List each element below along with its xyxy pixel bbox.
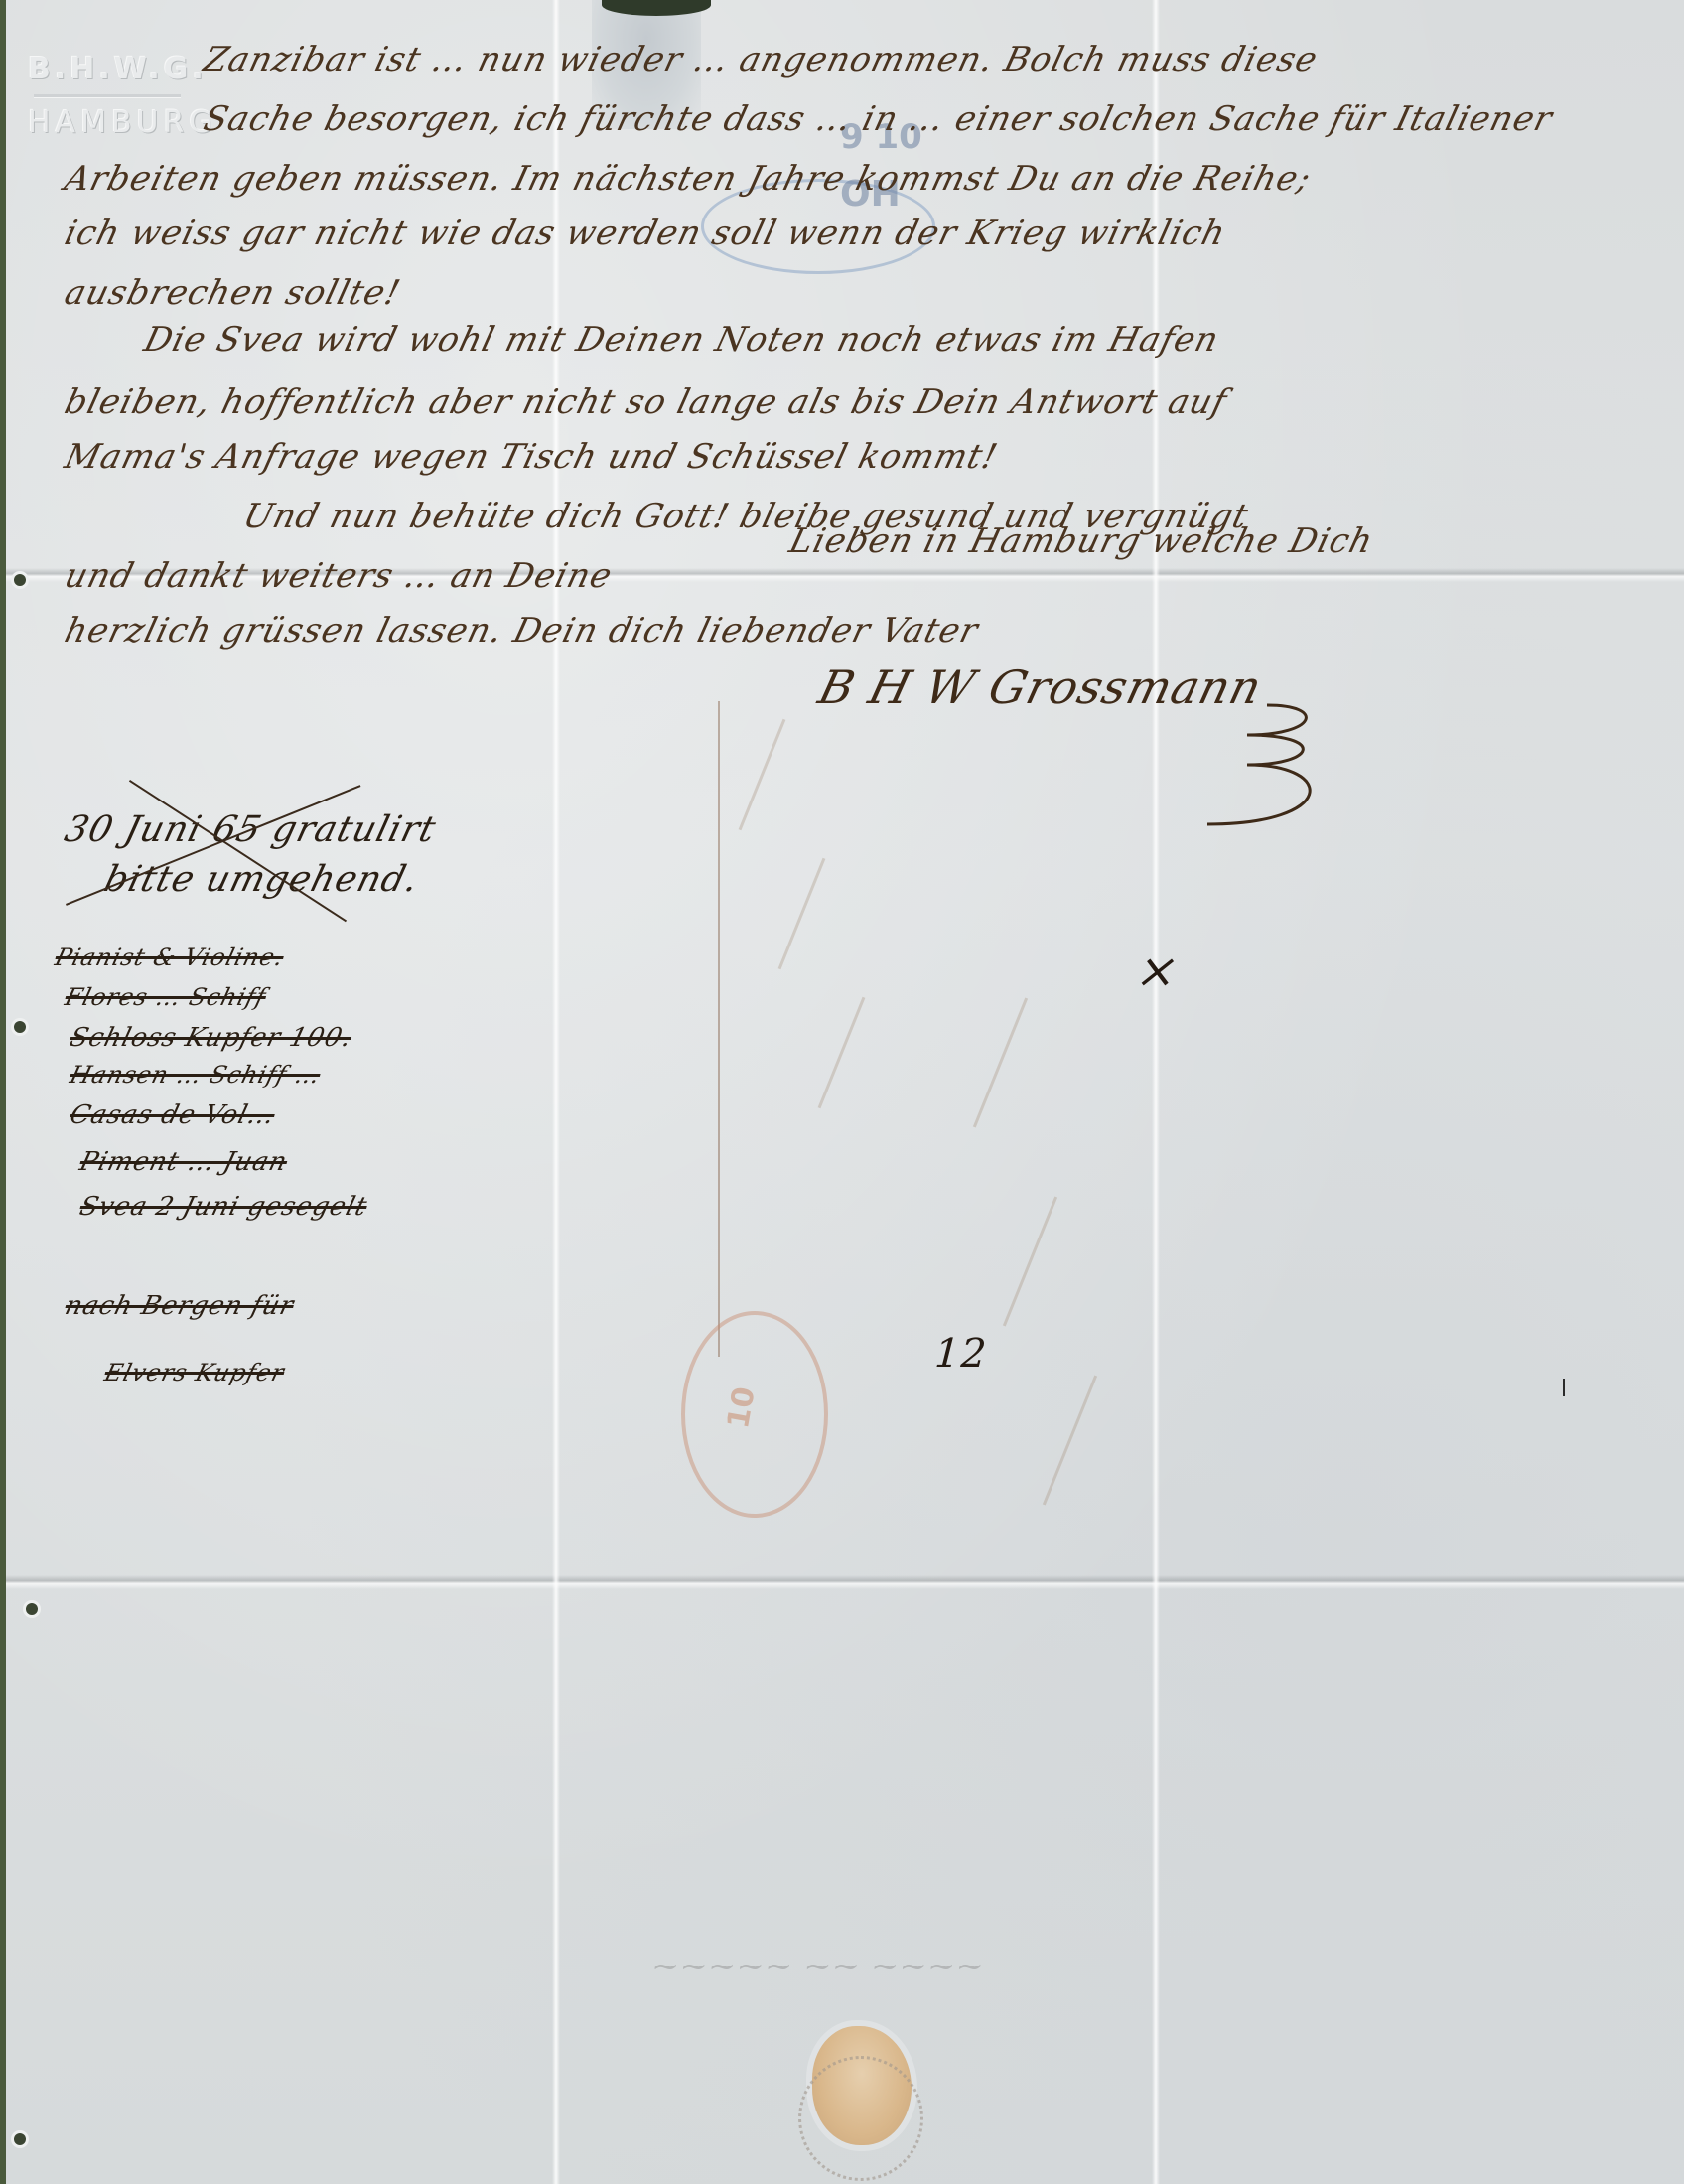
bleed-through-stroke xyxy=(973,998,1028,1128)
letter-line: Die Svea wird wohl mit Deinen Noten noch… xyxy=(140,320,1223,360)
punch-hole xyxy=(14,1021,26,1033)
letter-line: Arbeiten geben müssen. Im nächsten Jahre… xyxy=(61,159,1316,199)
ink-tick xyxy=(1563,1379,1565,1396)
bleed-through-stroke xyxy=(1003,1197,1057,1327)
letterhead-city: HAMBURG xyxy=(28,105,187,140)
letter-line: Lieben in Hamburg welche Dich xyxy=(785,521,1377,561)
wax-seal-remnant xyxy=(812,2026,912,2145)
margin-note-item: Pianist & Violine. xyxy=(53,944,288,971)
letter-line: Sache besorgen, ich fürchte dass … in … … xyxy=(200,99,1557,139)
handwritten-number: 12 xyxy=(928,1331,992,1377)
margin-note-item: Flores … Schiff xyxy=(63,983,270,1011)
cross-out-line xyxy=(129,780,347,922)
margin-note-item: Elvers Kupfer xyxy=(102,1359,288,1386)
bleed-through-stroke xyxy=(1043,1376,1097,1506)
postmark-text: 10 xyxy=(721,1384,763,1431)
punch-hole xyxy=(14,2133,26,2145)
letter-line: Zanzibar ist … nun wieder … angenommen. … xyxy=(200,40,1322,79)
letterhead-rule xyxy=(34,94,181,97)
bleed-through-stroke xyxy=(739,719,786,830)
letter-sheet: B.H.W.G. HAMBURG 9 10 OH Zanzibar ist … … xyxy=(6,0,1684,2184)
letter-line: und dankt weiters … an Deine xyxy=(61,556,617,596)
letter-line: ich weiss gar nicht wie das werden soll … xyxy=(61,214,1230,253)
margin-note-item: Hansen … Schiff … xyxy=(68,1061,324,1089)
bleed-through-stroke xyxy=(778,858,826,969)
signature-flourish xyxy=(1188,695,1336,834)
cross-mark: ⨯ xyxy=(1131,944,1186,999)
letter-line: herzlich grüssen lassen. Dein dich liebe… xyxy=(61,611,983,651)
ruling-line xyxy=(718,701,720,1357)
embossed-letterhead: B.H.W.G. HAMBURG xyxy=(28,52,187,140)
letter-line: Mama's Anfrage wegen Tisch und Schüssel … xyxy=(61,437,1002,477)
bleed-through-stroke xyxy=(818,997,866,1108)
margin-note-item: Svea 2 Juni gesegelt xyxy=(76,1192,370,1222)
letterhead-monogram: B.H.W.G. xyxy=(28,52,187,86)
letter-line: ausbrechen sollte! xyxy=(61,273,405,313)
margin-note-item: Casas de Vol… xyxy=(67,1100,278,1130)
margin-note-item: Schloss Kupfer 100. xyxy=(67,1023,354,1053)
fold-line xyxy=(6,1575,1684,1589)
margin-note-item: nach Bergen für xyxy=(62,1291,297,1321)
letter-line: bleiben, hoffentlich aber nicht so lange… xyxy=(61,382,1231,422)
margin-note-item: Piment … Juan xyxy=(76,1147,290,1177)
punch-hole xyxy=(26,1603,38,1615)
punch-hole xyxy=(14,574,26,586)
bleed-through-address: ~~~~~ ~~ ~~~~ xyxy=(651,1947,984,1986)
